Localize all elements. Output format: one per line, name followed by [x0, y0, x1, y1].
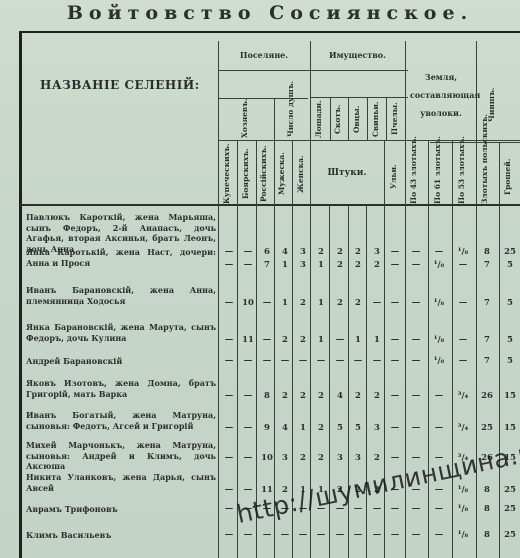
table-cell: ¹/₈ — [429, 260, 449, 270]
table-cell: — — [219, 423, 239, 433]
document-page: Войтовство Сосиянское. НАЗВАНІЕ СЕЛЕНІЙ:… — [0, 0, 520, 558]
column-line — [367, 97, 368, 140]
table-cell: — — [293, 356, 313, 366]
table-cell: 2 — [348, 247, 368, 257]
table-cell: 5 — [500, 335, 520, 345]
table-cell: — — [453, 335, 473, 345]
table-cell: 1 — [348, 335, 368, 345]
table-cell: 1 — [367, 335, 387, 345]
table-cell: — — [429, 391, 449, 401]
column-header-p53: По 53 злотыхъ. — [457, 144, 466, 204]
table-cell: 3 — [275, 453, 295, 463]
column-line — [428, 140, 429, 558]
column-line — [452, 140, 453, 558]
table-cell: 3 — [330, 453, 350, 463]
table-cell: — — [406, 260, 426, 270]
table-cell: 1 — [311, 298, 331, 308]
table-cell: — — [385, 504, 405, 514]
table-cell: ¹/₈ — [453, 530, 473, 540]
table-cell: 6 — [257, 247, 277, 257]
table-cell: — — [385, 260, 405, 270]
table-cell: — — [406, 335, 426, 345]
table-cell: — — [275, 530, 295, 540]
table-cell: — — [238, 356, 258, 366]
table-cell: — — [238, 453, 258, 463]
group-header-property: Имущество. — [310, 50, 405, 60]
table-cell: — — [406, 356, 426, 366]
table-cell: 5 — [500, 298, 520, 308]
table-cell: — — [385, 247, 405, 257]
table-cell: — — [219, 530, 239, 540]
column-line — [499, 142, 500, 558]
table-cell: 2 — [275, 335, 295, 345]
table-cell: 5 — [500, 260, 520, 270]
column-header-bees: Пчелы. — [390, 100, 399, 138]
table-cell: 5 — [330, 423, 350, 433]
table-cell: 5 — [500, 356, 520, 366]
table-cell: — — [311, 530, 331, 540]
table-cell: — — [367, 530, 387, 540]
table-cell: 3 — [348, 453, 368, 463]
table-cell: — — [367, 298, 387, 308]
table-cell: — — [330, 356, 350, 366]
table-cell: — — [406, 298, 426, 308]
divider — [218, 70, 408, 71]
table-cell: ¹/₈ — [429, 335, 449, 345]
table-cell: 25 — [500, 530, 520, 540]
table-cell: 5 — [348, 423, 368, 433]
group-header-land: Земля, составляющая уволоки. — [410, 68, 472, 122]
table-cell: 25 — [477, 423, 497, 433]
table-cell: — — [429, 530, 449, 540]
group-header-settlement: Поселяне. — [218, 50, 310, 60]
table-cell: 10 — [257, 453, 277, 463]
table-cell: — — [257, 356, 277, 366]
table-cell: — — [406, 504, 426, 514]
table-cell: 2 — [348, 391, 368, 401]
table-cell: 2 — [311, 453, 331, 463]
table-cell: 7 — [477, 298, 497, 308]
table-cell: 2 — [311, 391, 331, 401]
column-header-horses: Лошади. — [314, 100, 323, 138]
subgroup-households: Хозяевъ. — [240, 100, 249, 138]
table-cell: 26 — [477, 391, 497, 401]
table-cell: 2 — [348, 260, 368, 270]
table-cell: 4 — [275, 247, 295, 257]
table-cell: 7 — [477, 356, 497, 366]
column-header-zloty: Злотыхъ польскихъ. — [480, 144, 489, 204]
table-cell: 2 — [293, 298, 313, 308]
column-header-female: Женска. — [296, 144, 305, 204]
table-cell: — — [429, 504, 449, 514]
column-header-pigs: Свиньи. — [371, 100, 380, 138]
table-cell: — — [406, 423, 426, 433]
table-cell: 25 — [500, 504, 520, 514]
table-cell: 1 — [311, 335, 331, 345]
table-cell: — — [429, 247, 449, 257]
table-cell: 3 — [293, 247, 313, 257]
table-cell: — — [311, 356, 331, 366]
table-cell: 2 — [367, 453, 387, 463]
table-cell: — — [453, 298, 473, 308]
column-header-ross: Россійскихъ. — [259, 144, 268, 204]
table-cell: — — [453, 356, 473, 366]
table-cell: 1 — [293, 423, 313, 433]
table-cell: — — [219, 260, 239, 270]
column-header-hives: Ульи. — [389, 150, 398, 204]
column-line — [237, 140, 238, 558]
column-header-p61: По 61 злотыхъ. — [433, 144, 442, 204]
divider — [310, 97, 408, 98]
table-cell: 8 — [477, 247, 497, 257]
table-cell: 2 — [330, 247, 350, 257]
table-cell: — — [257, 298, 277, 308]
table-cell: 3 — [367, 423, 387, 433]
table-cell: — — [257, 530, 277, 540]
settlement-name: Иванъ Барановскій, жена Анна, племянница… — [26, 285, 216, 306]
column-header-grosh: Грошей. — [503, 150, 512, 204]
table-cell: 2 — [330, 260, 350, 270]
table-cell: 3 — [293, 260, 313, 270]
table-cell: 11 — [238, 335, 258, 345]
settlement-name: Иванъ Богатый, жена Матруна, сыновья: Фе… — [26, 410, 216, 431]
settlement-name: Андрей Барановскій — [26, 356, 216, 367]
table-cell: 2 — [348, 298, 368, 308]
table-cell: — — [330, 530, 350, 540]
column-header-boyar: Боярскихъ. — [241, 144, 250, 204]
subgroup-pieces: Штуки. — [310, 168, 384, 178]
names-column-header: НАЗВАНІЕ СЕЛЕНІЙ: — [40, 78, 200, 92]
table-cell: 8 — [477, 530, 497, 540]
table-cell: — — [293, 530, 313, 540]
table-cell: 7 — [257, 260, 277, 270]
table-cell: 2 — [367, 260, 387, 270]
table-cell: 1 — [311, 260, 331, 270]
table-cell: 8 — [257, 391, 277, 401]
settlement-name: Яковъ Изотовъ, жена Домна, братъ Григорі… — [26, 378, 216, 399]
table-cell: — — [257, 335, 277, 345]
column-header-kupech: Купеческихъ. — [222, 144, 231, 204]
table-cell: 2 — [275, 391, 295, 401]
table-cell: 2 — [311, 247, 331, 257]
table-cell: 4 — [330, 391, 350, 401]
table-cell: — — [348, 530, 368, 540]
table-cell: — — [238, 530, 258, 540]
table-cell: — — [275, 356, 295, 366]
column-line — [348, 97, 349, 140]
subgroup-souls: Число душъ. — [286, 80, 295, 138]
table-cell: 2 — [293, 335, 313, 345]
table-cell: — — [385, 423, 405, 433]
table-cell: — — [219, 485, 239, 495]
table-cell: 15 — [500, 391, 520, 401]
table-cell: — — [348, 504, 368, 514]
table-cell: — — [406, 247, 426, 257]
table-cell: — — [238, 423, 258, 433]
table-cell: — — [406, 530, 426, 540]
table-cell: 1 — [275, 298, 295, 308]
column-header-cattle: Скотъ. — [333, 100, 342, 138]
table-cell: — — [453, 260, 473, 270]
table-cell: ¹/₈ — [453, 247, 473, 257]
column-header-male: Мужеска. — [277, 144, 286, 204]
table-cell: — — [219, 247, 239, 257]
settlement-name: Янка Каротькій, жена Наст, дочери: Анна … — [26, 247, 216, 268]
column-header-sheep: Овцы. — [352, 100, 361, 138]
table-cell: 2 — [293, 391, 313, 401]
column-header-p43: По 43 злотыхъ. — [409, 144, 418, 204]
table-cell: 3 — [367, 247, 387, 257]
table-cell: — — [367, 504, 387, 514]
column-line — [330, 97, 331, 140]
table-cell: 2 — [311, 423, 331, 433]
table-cell: — — [385, 391, 405, 401]
table-cell: — — [367, 356, 387, 366]
table-cell: 10 — [238, 298, 258, 308]
table-cell: 7 — [477, 335, 497, 345]
table-cell: — — [385, 530, 405, 540]
divider — [218, 140, 520, 141]
settlement-name: Никита Уланковъ, жена Дарья, сынъ Авсей — [26, 472, 216, 493]
settlement-name: Аврамъ Трифоновъ — [26, 504, 216, 515]
table-cell: 4 — [275, 423, 295, 433]
table-cell: 25 — [500, 485, 520, 495]
divider — [430, 142, 520, 143]
table-cell: 2 — [330, 298, 350, 308]
table-cell: — — [238, 485, 258, 495]
table-cell: 9 — [257, 423, 277, 433]
column-line — [386, 97, 387, 140]
table-cell: — — [385, 298, 405, 308]
table-cell: — — [219, 356, 239, 366]
table-cell: — — [348, 356, 368, 366]
table-cell: 8 — [477, 485, 497, 495]
table-cell: ¹/₈ — [453, 504, 473, 514]
table-cell: — — [219, 391, 239, 401]
table-cell: — — [238, 260, 258, 270]
table-cell: 25 — [500, 247, 520, 257]
table-cell: — — [219, 298, 239, 308]
table-cell: ¹/₈ — [429, 356, 449, 366]
settlement-name: Климъ Васильевъ — [26, 530, 216, 541]
table-cell: 7 — [477, 260, 497, 270]
settlement-name: Янка Барановскій, жена Марута, сынъ Федо… — [26, 322, 216, 343]
document-title: Войтовство Сосиянское. — [60, 2, 480, 24]
table-cell: — — [219, 453, 239, 463]
table-cell: — — [385, 356, 405, 366]
table-cell: 2 — [293, 453, 313, 463]
table-cell: ¹/₈ — [429, 298, 449, 308]
table-cell: — — [238, 247, 258, 257]
table-cell: — — [406, 391, 426, 401]
table-cell: — — [385, 335, 405, 345]
table-cell: ³/₄ — [453, 391, 473, 401]
table-cell: — — [219, 335, 239, 345]
table-cell: 8 — [477, 504, 497, 514]
table-cell: 1 — [275, 260, 295, 270]
table-cell: — — [429, 423, 449, 433]
table-cell: 2 — [367, 391, 387, 401]
table-cell: — — [385, 453, 405, 463]
table-cell: ¹/₈ — [453, 485, 473, 495]
table-cell: — — [330, 335, 350, 345]
table-cell: ³/₄ — [453, 423, 473, 433]
settlement-name: Михей Марчонькъ, жена Матруна, сыновья: … — [26, 440, 216, 472]
table-cell: — — [238, 391, 258, 401]
table-cell: 15 — [500, 423, 520, 433]
header-bottom-rule — [20, 204, 520, 206]
